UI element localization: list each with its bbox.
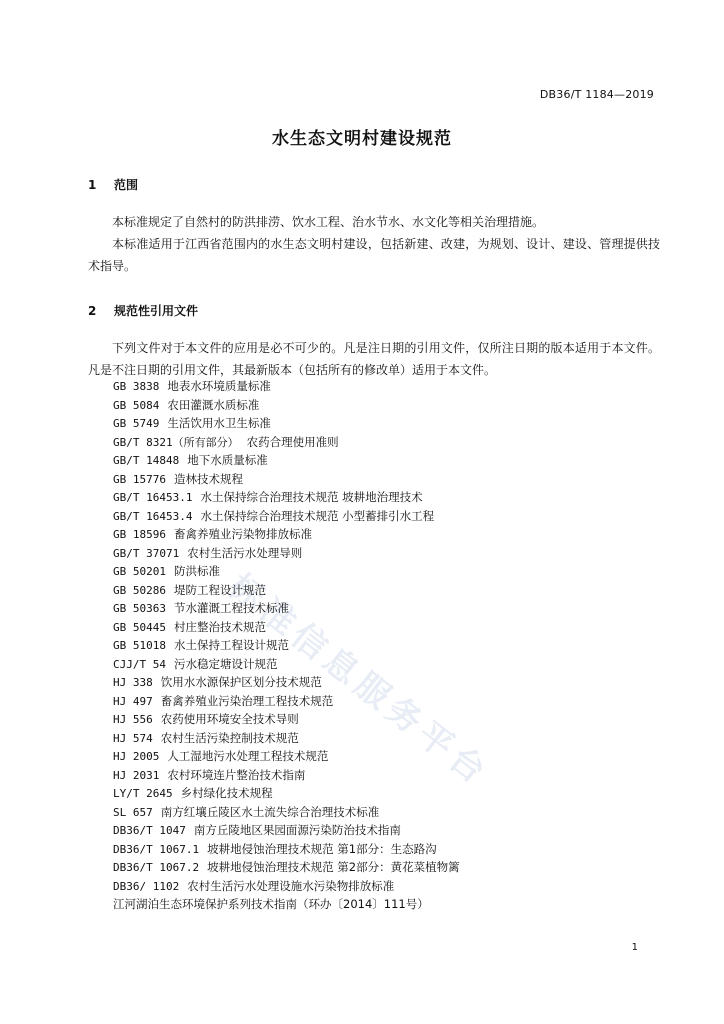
reference-item: HJ 556农药使用环境安全技术导则 (113, 710, 460, 729)
reference-item: GB 50445村庄整治技术规范 (113, 618, 460, 637)
reference-item: LY/T 2645乡村绿化技术规程 (113, 784, 460, 803)
reference-title: 农村生活污水处理设施水污染物排放标准 (187, 879, 394, 893)
reference-item: DB36/T 1067.1坡耕地侵蚀治理技术规范 第1部分：生态路沟 (113, 840, 460, 859)
reference-title: 江河湖泊生态环境保护系列技术指南（环办〔2014〕111号） (113, 897, 429, 911)
reference-item: GB 3838地表水环境质量标准 (113, 377, 460, 396)
reference-code: GB 50363 (113, 602, 166, 615)
reference-code: GB 51018 (113, 639, 166, 652)
reference-title: 南方丘陵地区果园面源污染防治技术指南 (194, 823, 401, 837)
reference-code: GB/T 8321（所有部分） (113, 436, 239, 449)
reference-code: HJ 497 (113, 695, 153, 708)
reference-title: 坡耕地侵蚀治理技术规范 第1部分：生态路沟 (207, 842, 436, 856)
reference-code: HJ 556 (113, 713, 153, 726)
reference-code: DB36/T 1047 (113, 824, 186, 837)
reference-item: GB 18596畜禽养殖业污染物排放标准 (113, 525, 460, 544)
reference-item: DB36/T 1047南方丘陵地区果园面源污染防治技术指南 (113, 821, 460, 840)
reference-item: HJ 2005人工湿地污水处理工程技术规范 (113, 747, 460, 766)
reference-code: GB 50286 (113, 584, 166, 597)
section-number: 2 (88, 304, 106, 318)
reference-code: DB36/T 1067.1 (113, 843, 199, 856)
reference-code: LY/T 2645 (113, 787, 173, 800)
reference-title: 生活饮用水卫生标准 (167, 416, 271, 430)
reference-title: 节水灌溉工程技术标准 (174, 601, 289, 615)
reference-code: GB/T 14848 (113, 454, 179, 467)
reference-item: HJ 574农村生活污染控制技术规范 (113, 729, 460, 748)
document-page: 标准信息服务平台 DB36/T 1184—2019 水生态文明村建设规范 1范围… (0, 0, 724, 1024)
reference-item: GB 50201防洪标准 (113, 562, 460, 581)
reference-title: 乡村绿化技术规程 (181, 786, 273, 800)
reference-code: GB/T 16453.4 (113, 510, 192, 523)
reference-code: GB 5084 (113, 399, 159, 412)
reference-item: GB 50363节水灌溉工程技术标准 (113, 599, 460, 618)
reference-title: 农药合理使用准则 (247, 435, 339, 449)
reference-code: GB 15776 (113, 473, 166, 486)
section-heading-scope: 1范围 (88, 176, 138, 193)
reference-title: 农村生活污染控制技术规范 (161, 731, 299, 745)
reference-item: HJ 497畜禽养殖业污染治理工程技术规范 (113, 692, 460, 711)
reference-title: 水土保持综合治理技术规范 小型蓄排引水工程 (200, 509, 434, 523)
reference-title: 人工湿地污水处理工程技术规范 (167, 749, 328, 763)
reference-code: GB 50201 (113, 565, 166, 578)
reference-code: GB/T 16453.1 (113, 491, 192, 504)
reference-title: 污水稳定塘设计规范 (174, 657, 278, 671)
reference-code: GB 18596 (113, 528, 166, 541)
document-title: 水生态文明村建设规范 (0, 124, 724, 149)
standard-code: DB36/T 1184—2019 (540, 88, 654, 101)
reference-item: SL 657南方红壤丘陵区水土流失综合治理技术标准 (113, 803, 460, 822)
reference-code: DB36/T 1067.2 (113, 861, 199, 874)
reference-title: 防洪标准 (174, 564, 220, 578)
reference-code: CJJ/T 54 (113, 658, 166, 671)
reference-list: GB 3838地表水环境质量标准GB 5084农田灌溉水质标准GB 5749生活… (113, 377, 460, 914)
reference-code: SL 657 (113, 806, 153, 819)
reference-title: 农田灌溉水质标准 (167, 398, 259, 412)
reference-title: 畜禽养殖业污染治理工程技术规范 (161, 694, 334, 708)
reference-item: CJJ/T 54污水稳定塘设计规范 (113, 655, 460, 674)
reference-title: 饮用水水源保护区划分技术规范 (161, 675, 322, 689)
reference-title: 农村生活污水处理导则 (187, 546, 302, 560)
reference-item: GB/T 16453.1水土保持综合治理技术规范 坡耕地治理技术 (113, 488, 460, 507)
reference-item: GB 5084农田灌溉水质标准 (113, 396, 460, 415)
reference-title: 地下水质量标准 (187, 453, 268, 467)
reference-code: GB 50445 (113, 621, 166, 634)
reference-item: DB36/ 1102农村生活污水处理设施水污染物排放标准 (113, 877, 460, 896)
reference-title: 水土保持综合治理技术规范 坡耕地治理技术 (200, 490, 422, 504)
section-title: 规范性引用文件 (114, 304, 198, 318)
reference-item: GB/T 37071农村生活污水处理导则 (113, 544, 460, 563)
reference-item: GB/T 14848地下水质量标准 (113, 451, 460, 470)
reference-title: 农村环境连片整治技术指南 (167, 768, 305, 782)
reference-code: GB/T 37071 (113, 547, 179, 560)
paragraph: 下列文件对于本文件的应用是必不可少的。凡是注日期的引用文件，仅所注日期的版本适用… (88, 337, 660, 381)
reference-item: DB36/T 1067.2坡耕地侵蚀治理技术规范 第2部分：黄花菜植物篱 (113, 858, 460, 877)
reference-code: HJ 574 (113, 732, 153, 745)
paragraph: 本标准适用于江西省范围内的水生态文明村建设，包括新建、改建，为规划、设计、建设、… (88, 233, 660, 277)
reference-title: 村庄整治技术规范 (174, 620, 266, 634)
reference-code: GB 3838 (113, 380, 159, 393)
reference-title: 农药使用环境安全技术导则 (161, 712, 299, 726)
reference-title: 水土保持工程设计规范 (174, 638, 289, 652)
reference-title: 造林技术规程 (174, 472, 243, 486)
reference-item: 江河湖泊生态环境保护系列技术指南（环办〔2014〕111号） (113, 895, 460, 914)
reference-item: GB 51018水土保持工程设计规范 (113, 636, 460, 655)
section-number: 1 (88, 178, 106, 192)
section-heading-normative-references: 2规范性引用文件 (88, 302, 198, 319)
reference-item: HJ 2031农村环境连片整治技术指南 (113, 766, 460, 785)
reference-item: GB 5749生活饮用水卫生标准 (113, 414, 460, 433)
reference-title: 畜禽养殖业污染物排放标准 (174, 527, 312, 541)
reference-code: DB36/ 1102 (113, 880, 179, 893)
reference-code: HJ 338 (113, 676, 153, 689)
reference-code: HJ 2031 (113, 769, 159, 782)
reference-code: GB 5749 (113, 417, 159, 430)
paragraph: 本标准规定了自然村的防洪排涝、饮水工程、治水节水、水文化等相关治理措施。 (88, 211, 660, 233)
reference-item: GB 15776造林技术规程 (113, 470, 460, 489)
reference-item: GB/T 16453.4水土保持综合治理技术规范 小型蓄排引水工程 (113, 507, 460, 526)
reference-title: 南方红壤丘陵区水土流失综合治理技术标准 (161, 805, 380, 819)
reference-item: GB/T 8321（所有部分）农药合理使用准则 (113, 433, 460, 452)
reference-title: 堤防工程设计规范 (174, 583, 266, 597)
section-title: 范围 (114, 178, 138, 192)
reference-item: GB 50286堤防工程设计规范 (113, 581, 460, 600)
page-number: 1 (632, 942, 638, 953)
reference-item: HJ 338饮用水水源保护区划分技术规范 (113, 673, 460, 692)
reference-code: HJ 2005 (113, 750, 159, 763)
reference-title: 地表水环境质量标准 (167, 379, 271, 393)
reference-title: 坡耕地侵蚀治理技术规范 第2部分：黄花菜植物篱 (207, 860, 459, 874)
